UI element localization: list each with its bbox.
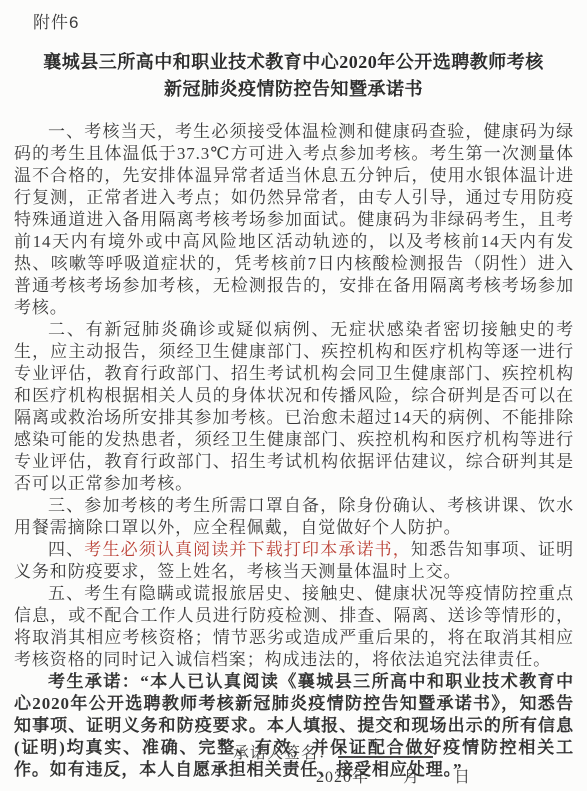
document-body: 一、考核当天，考生必须接受体温检测和健康码查验，健康码为绿码的考生且体温低于37…	[14, 121, 574, 781]
document-title: 襄城县三所高中和职业技术教育中心2020年公开选聘教师考核 新冠肺炎疫情防控告知…	[0, 49, 587, 103]
document-page: 附件6 襄城县三所高中和职业技术教育中心2020年公开选聘教师考核 新冠肺炎疫情…	[0, 0, 587, 791]
signature-row: 承诺人签名：	[233, 740, 433, 763]
candidate-promise-paragraph: 考生承诺：“本人已认真阅读《襄城县三所高中和职业技术教育中心2020年公开选聘教…	[14, 671, 574, 781]
signature-label: 承诺人签名：	[233, 745, 335, 762]
paragraph-1: 一、考核当天，考生必须接受体温检测和健康码查验，健康码为绿码的考生且体温低于37…	[14, 121, 574, 319]
paragraph-4: 四、考生必须认真阅读并下载打印本承诺书，知悉告知事项、证明义务和防疫要求，签上姓…	[14, 539, 574, 583]
paragraph-2: 二、有新冠肺炎确诊或疑似病例、无症状感染者密切接触史的考生，应主动报告，须经卫生…	[14, 319, 574, 495]
paragraph-4-red-emphasis: 考生必须认真阅读并下载打印本承诺书，	[84, 540, 411, 559]
paragraph-4-number: 四、	[48, 540, 84, 559]
title-line-2: 新冠肺炎疫情防控告知暨承诺书	[0, 76, 587, 103]
paragraph-5: 五、考生有隐瞒或谎报旅居史、接触史、健康状况等疫情防控重点信息，或不配合工作人员…	[14, 583, 574, 671]
date-line: 2020年 月 日	[316, 764, 471, 787]
title-line-1: 襄城县三所高中和职业技术教育中心2020年公开选聘教师考核	[0, 49, 587, 76]
signature-blank-line	[338, 741, 433, 758]
attachment-label: 附件6	[33, 8, 79, 33]
paragraph-3: 三、参加考核的考生所需口罩自备，除身份确认、考核讲课、饮水用餐需摘除口罩以外，应…	[14, 495, 574, 539]
